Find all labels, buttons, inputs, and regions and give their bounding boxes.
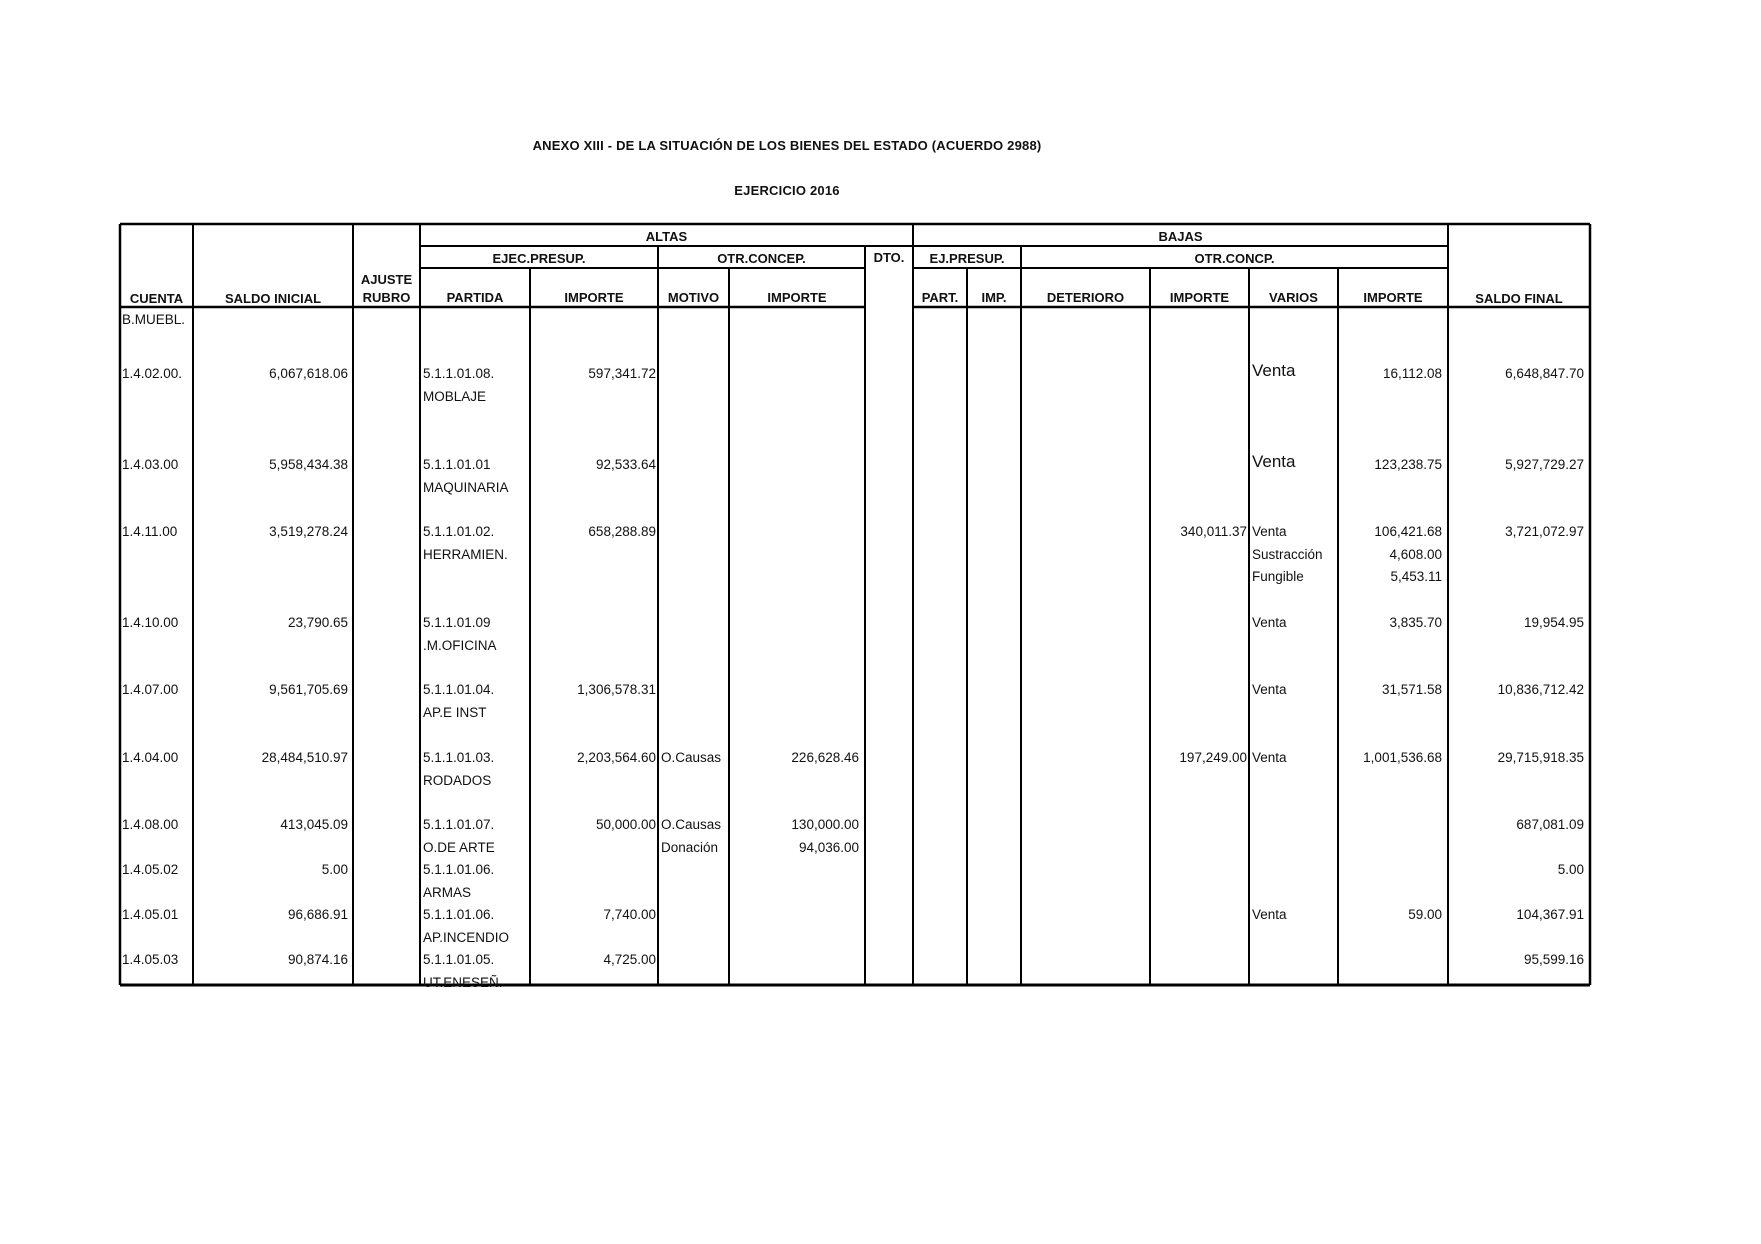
row-partida: AP.E INST xyxy=(423,705,530,721)
row-partida: 5.1.1.01.04. xyxy=(423,682,530,698)
row-saldo-final: 19,954.95 xyxy=(1448,615,1584,631)
row-cuenta: 1.4.11.00 xyxy=(122,524,193,540)
row-cuenta: 1.4.05.02 xyxy=(122,862,193,878)
row-saldo-inicial: 28,484,510.97 xyxy=(193,750,348,766)
col-saldo-inicial: SALDO INICIAL xyxy=(193,291,353,306)
row-varios: Venta xyxy=(1252,363,1338,379)
row-saldo-final: 104,367.91 xyxy=(1448,907,1584,923)
row-cuenta: 1.4.02.00. xyxy=(122,366,193,382)
row-saldo-final: 10,836,712.42 xyxy=(1448,682,1584,698)
header-ej-presup: EJ.PRESUP. xyxy=(913,251,1021,266)
col-varios: VARIOS xyxy=(1249,290,1338,305)
row-otr-importe: 226,628.46 xyxy=(729,750,859,766)
col-rubro: RUBRO xyxy=(353,290,420,305)
row-altas-importe: 1,306,578.31 xyxy=(530,682,656,698)
col-altas-importe: IMPORTE xyxy=(530,290,658,305)
row-saldo-inicial: 5.00 xyxy=(193,862,348,878)
row-partida: 5.1.1.01.06. xyxy=(423,907,530,923)
row-partida: 5.1.1.01.02. xyxy=(423,524,530,540)
row-altas-importe: 7,740.00 xyxy=(530,907,656,923)
row-partida: HERRAMIEN. xyxy=(423,547,530,563)
row-saldo-final: 6,648,847.70 xyxy=(1448,366,1584,382)
row-varios-importe: 31,571.58 xyxy=(1338,682,1442,698)
row-varios-importe: 106,421.68 xyxy=(1338,524,1442,540)
row-altas-importe: 597,341.72 xyxy=(530,366,656,382)
row-varios: Venta xyxy=(1252,750,1338,766)
col-motivo: MOTIVO xyxy=(658,290,729,305)
row-saldo-inicial: 3,519,278.24 xyxy=(193,524,348,540)
row-saldo-final: 95,599.16 xyxy=(1448,952,1584,968)
row-partida: 5.1.1.01.09 xyxy=(423,615,530,631)
row-partida: 5.1.1.01.03. xyxy=(423,750,530,766)
row-varios: Venta xyxy=(1252,907,1338,923)
row-cuenta: 1.4.10.00 xyxy=(122,615,193,631)
row-saldo-inicial: 413,045.09 xyxy=(193,817,348,833)
col-partida: PARTIDA xyxy=(420,290,530,305)
row-deterioro-importe: 340,011.37 xyxy=(1150,524,1247,540)
row-cuenta: 1.4.05.03 xyxy=(122,952,193,968)
header-altas: ALTAS xyxy=(420,229,913,244)
header-bajas: BAJAS xyxy=(913,229,1448,244)
row-varios-importe: 1,001,536.68 xyxy=(1338,750,1442,766)
row-partida: 5.1.1.01.05. xyxy=(423,952,530,968)
row-motivo: O.Causas xyxy=(661,817,729,833)
row-saldo-final: 29,715,918.35 xyxy=(1448,750,1584,766)
row-saldo-inicial: 96,686.91 xyxy=(193,907,348,923)
col-saldo-final: SALDO FINAL xyxy=(1448,291,1590,306)
row-partida: MOBLAJE xyxy=(423,389,530,405)
row-varios-importe: 16,112.08 xyxy=(1338,366,1442,382)
header-dto: DTO. xyxy=(865,250,913,265)
row-motivo: Donación xyxy=(661,840,729,856)
row-partida: 5.1.1.01.06. xyxy=(423,862,530,878)
col-imp: IMP. xyxy=(967,290,1021,305)
row-altas-importe: 4,725.00 xyxy=(530,952,656,968)
row-saldo-final: 5.00 xyxy=(1448,862,1584,878)
row-varios: Fungible xyxy=(1252,569,1338,585)
row-varios-importe: 123,238.75 xyxy=(1338,457,1442,473)
row-saldo-inicial: 23,790.65 xyxy=(193,615,348,631)
row-saldo-inicial: 6,067,618.06 xyxy=(193,366,348,382)
row-varios-importe: 3,835.70 xyxy=(1338,615,1442,631)
row-varios-importe: 4,608.00 xyxy=(1338,547,1442,563)
row-saldo-final: 687,081.09 xyxy=(1448,817,1584,833)
row-motivo: O.Causas xyxy=(661,750,729,766)
row-saldo-inicial: 9,561,705.69 xyxy=(193,682,348,698)
row-saldo-inicial: 90,874.16 xyxy=(193,952,348,968)
row-cuenta: 1.4.05.01 xyxy=(122,907,193,923)
row-partida: O.DE ARTE xyxy=(423,840,530,856)
row-partida: MAQUINARIA xyxy=(423,480,530,496)
row-altas-importe: 92,533.64 xyxy=(530,457,656,473)
col-deterioro-importe: IMPORTE xyxy=(1150,290,1249,305)
col-deterioro: DETERIORO xyxy=(1021,290,1150,305)
row-varios: Venta xyxy=(1252,682,1338,698)
row-varios-importe: 59.00 xyxy=(1338,907,1442,923)
row-partida: 5.1.1.01.01 xyxy=(423,457,530,473)
row-partida: 5.1.1.01.08. xyxy=(423,366,530,382)
row-partida: ARMAS xyxy=(423,885,530,901)
row-partida: UT.ENESEÑ. xyxy=(423,975,530,991)
row-cuenta: 1.4.07.00 xyxy=(122,682,193,698)
col-cuenta: CUENTA xyxy=(120,291,193,306)
row-altas-importe: 50,000.00 xyxy=(530,817,656,833)
header-otr-concep: OTR.CONCEP. xyxy=(658,251,865,266)
row-partida: RODADOS xyxy=(423,773,530,789)
row-varios-importe: 5,453.11 xyxy=(1338,569,1442,585)
row-otr-importe: 130,000.00 xyxy=(729,817,859,833)
col-otr-importe: IMPORTE xyxy=(729,290,865,305)
header-otr-concp: OTR.CONCP. xyxy=(1021,251,1448,266)
col-part: PART. xyxy=(913,290,967,305)
row-altas-importe: 2,203,564.60 xyxy=(530,750,656,766)
row-saldo-final: 3,721,072.97 xyxy=(1448,524,1584,540)
row-partida: AP.INCENDIO xyxy=(423,930,530,946)
row-cuenta: 1.4.04.00 xyxy=(122,750,193,766)
row-otr-importe: 94,036.00 xyxy=(729,840,859,856)
row-saldo-final: 5,927,729.27 xyxy=(1448,457,1584,473)
col-ajuste: AJUSTE xyxy=(353,272,420,287)
header-ejec-presup: EJEC.PRESUP. xyxy=(420,251,658,266)
row-saldo-inicial: 5,958,434.38 xyxy=(193,457,348,473)
section-label: B.MUEBL. xyxy=(122,312,193,328)
col-varios-importe: IMPORTE xyxy=(1338,290,1448,305)
row-varios: Sustracción xyxy=(1252,547,1338,563)
row-varios: Venta xyxy=(1252,524,1338,540)
row-partida: 5.1.1.01.07. xyxy=(423,817,530,833)
row-deterioro-importe: 197,249.00 xyxy=(1150,750,1247,766)
row-varios: Venta xyxy=(1252,615,1338,631)
row-partida: .M.OFICINA xyxy=(423,638,530,654)
row-altas-importe: 658,288.89 xyxy=(530,524,656,540)
row-cuenta: 1.4.03.00 xyxy=(122,457,193,473)
row-cuenta: 1.4.08.00 xyxy=(122,817,193,833)
row-varios: Venta xyxy=(1252,454,1338,470)
